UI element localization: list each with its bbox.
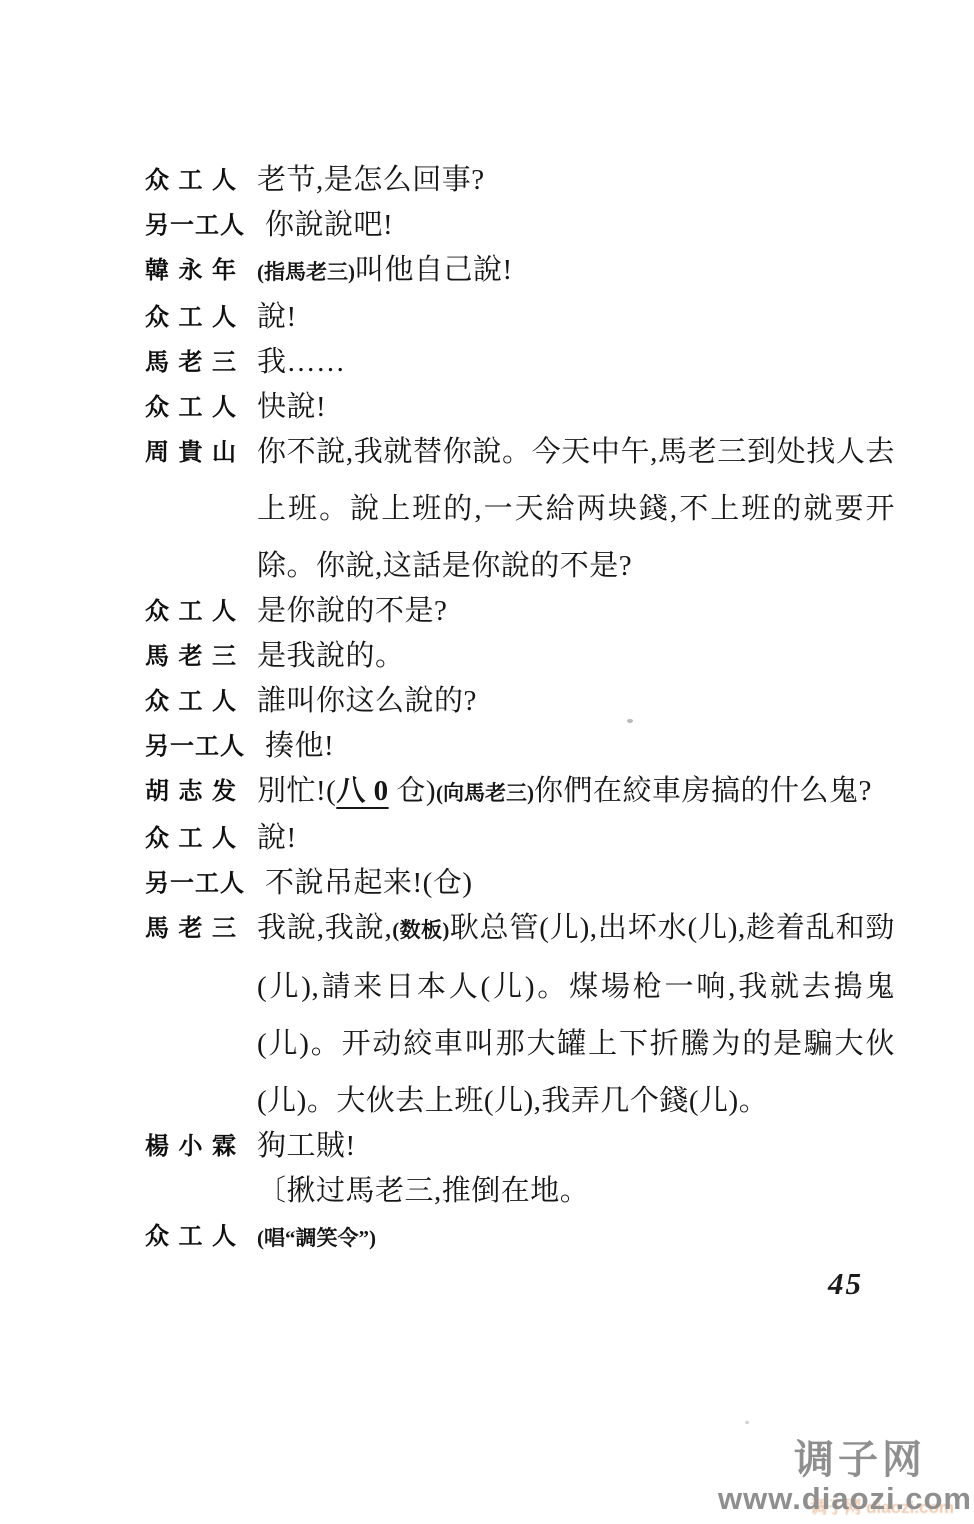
speech-segment: 快說! (257, 391, 326, 423)
speech-segment: 揍他! (265, 730, 334, 762)
scan-speck (745, 1421, 749, 1424)
script-lines: 众工人 老节,是怎么回事? 另一工人 你說說吧! 韓永年 (指馬老三)叫他自己說… (145, 152, 905, 1255)
speech-segment: 老节,是怎么回事? (257, 164, 485, 196)
speaker-name: 馬老三 (145, 900, 237, 957)
speech-segment: 叫他自己說! (355, 254, 513, 286)
speech-segment: 別忙!( (257, 775, 336, 807)
speech-text: 我說,我說,(数板)耿总管(儿),出坏水(儿),趁着乱和勁(儿),請来日本人(儿… (257, 900, 895, 1130)
speech-segment: 〔揪过馬老三,推倒在地。 (257, 1175, 589, 1207)
stage-note: (唱“調笑令”) (257, 1226, 376, 1250)
speech-segment: 你不說,我就替你說。今天中午,馬老三到处找人去上班。說上班的,一天給两块錢,不上… (257, 436, 895, 582)
watermark: 调子网 www.diaozi.com (718, 1438, 972, 1516)
stage-note: (指馬老三) (257, 260, 355, 284)
speech-segment: 我說,我說, (257, 912, 392, 944)
scan-speck (627, 719, 633, 723)
stage-note: (向馬老三) (436, 781, 534, 805)
speech-segment: 是你說的不是? (257, 595, 447, 627)
speech-segment: 是我說的。 (257, 640, 405, 672)
speech-segment: 說! (257, 301, 297, 333)
page-number: 45 (828, 1266, 863, 1302)
speech-segment: 你說說吧! (265, 209, 393, 241)
dialogue-line: 众工人 (唱“調笑令”) (145, 1208, 905, 1267)
speech-segment: 說! (257, 822, 297, 854)
watermark-site-name: 调子网 (718, 1438, 926, 1482)
speech-text: 你不說,我就替你說。今天中午,馬老三到处找人去上班。說上班的,一天給两块錢,不上… (257, 424, 895, 595)
speech-segment: 不說吊起来!(仓) (265, 867, 472, 899)
speaker-name: 众工人 (145, 1208, 237, 1265)
scanned-page: 众工人 老节,是怎么回事? 另一工人 你說說吧! 韓永年 (指馬老三)叫他自己說… (0, 0, 974, 1524)
speech-segment: 誰叫你这么說的? (257, 685, 477, 717)
watermark-url: www.diaozi.com (718, 1482, 972, 1516)
speech-text: (唱“調笑令”) (257, 1208, 895, 1267)
speech-segment: 狗工賊! (257, 1130, 356, 1162)
speaker-name: 楊小霖 (145, 1118, 237, 1175)
stage-note: (数板) (392, 918, 449, 942)
speaker-name: 周貴山 (145, 424, 237, 481)
speech-segment: 八 0 (336, 775, 388, 807)
dialogue-line: 周貴山 你不說,我就替你說。今天中午,馬老三到处找人去上班。說上班的,一天給两块… (145, 424, 905, 595)
speech-segment: 我…… (257, 346, 346, 378)
dialogue-line: 馬老三 我說,我說,(数板)耿总管(儿),出坏水(儿),趁着乱和勁(儿),請来日… (145, 900, 905, 1130)
speech-segment: 仓) (389, 775, 436, 807)
speech-segment: 你們在絞車房搞的什么鬼? (534, 775, 872, 807)
